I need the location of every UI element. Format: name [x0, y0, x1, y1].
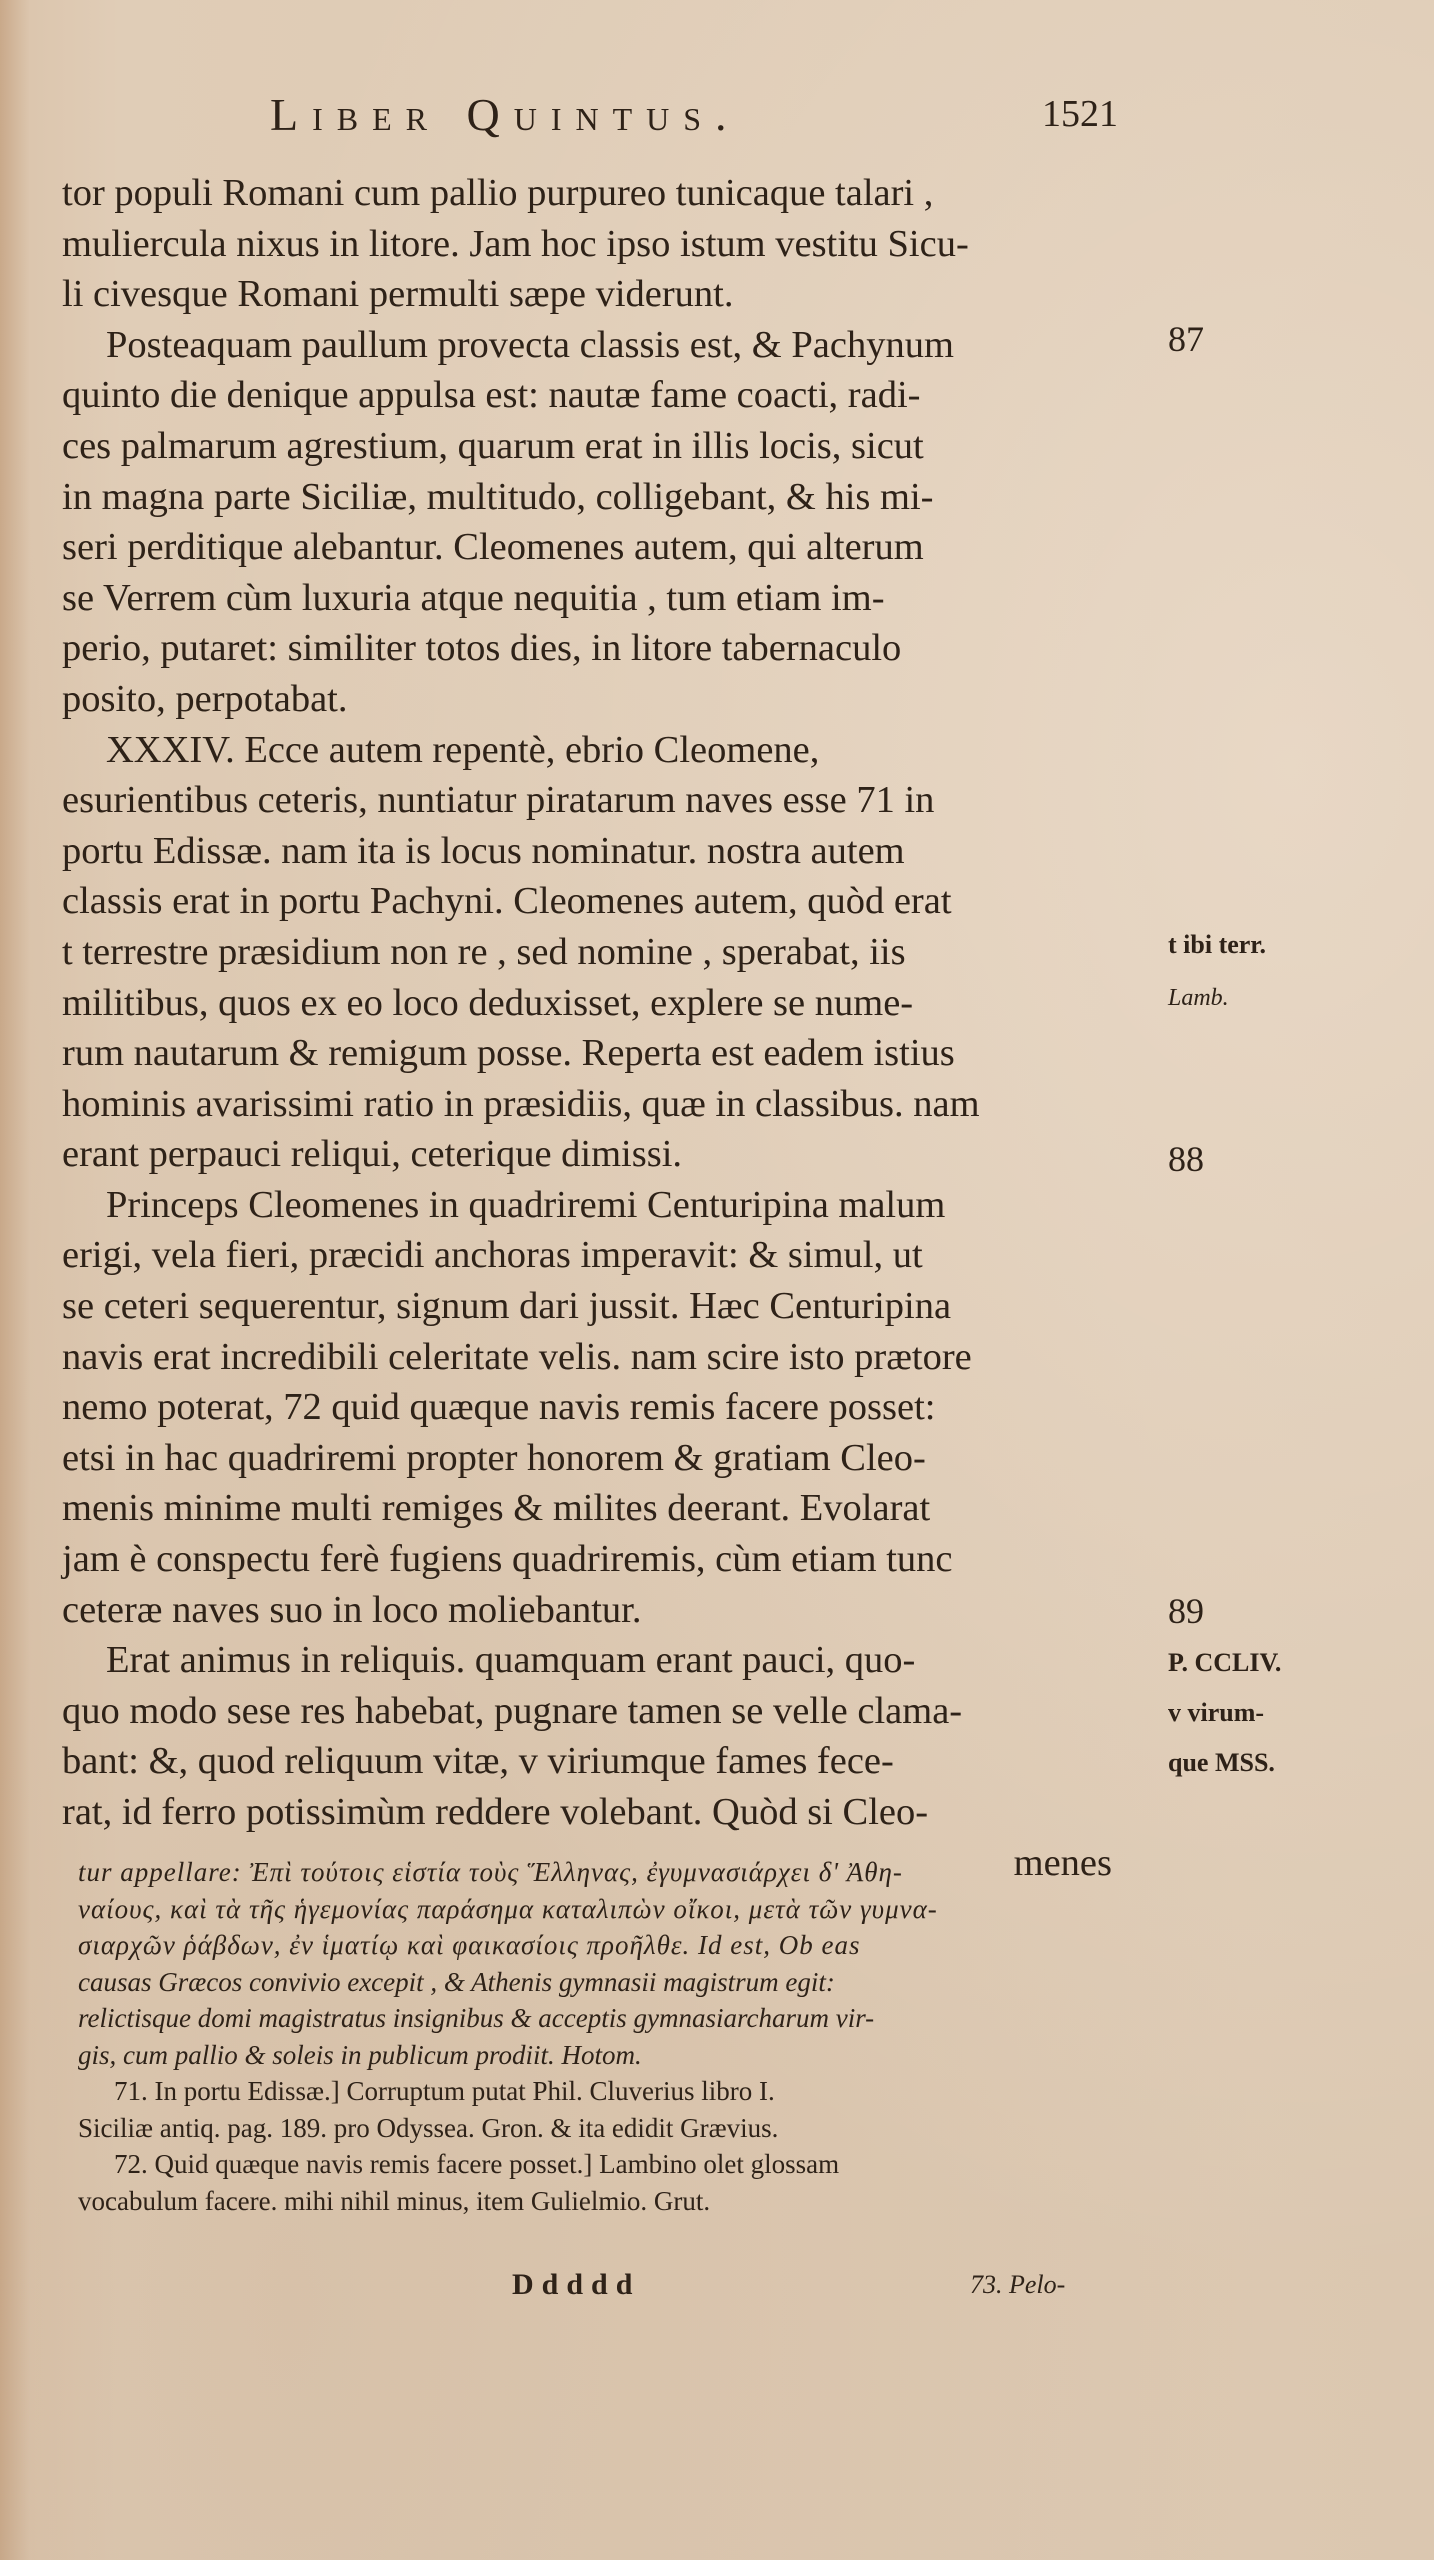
footnote-line: gis, cum pallio & soleis in publicum pro… — [78, 2037, 1158, 2074]
page-number: 1521 — [1042, 92, 1118, 136]
text-line: posito, perpotabat. — [62, 674, 1112, 725]
book-page: Liber Quintus. 1521 tor populi Romani cu… — [0, 0, 1434, 2560]
chapter-start-line: XXXIV. Ecce autem repentè, ebrio Cleomen… — [62, 725, 1112, 776]
text-line: muliercula nixus in litore. Jam hoc ipso… — [62, 219, 1112, 270]
printer-signature-mark: Ddddd — [512, 2268, 640, 2302]
text-line: classis erat in portu Pachyni. Cleomenes… — [62, 876, 1112, 927]
margin-section-number: 88 — [1168, 1138, 1204, 1180]
text-line: navis erat incredibili celeritate velis.… — [62, 1332, 1112, 1383]
running-head: Liber Quintus. — [270, 88, 741, 141]
text-line: perio, putaret: similiter totos dies, in… — [62, 623, 1112, 674]
margin-section-number: 87 — [1168, 318, 1204, 360]
footnote-line: σιαρχῶν ῥάβδων, ἐν ἱματίῳ καὶ φαικασίοις… — [78, 1927, 1158, 1964]
text-line: quo modo sese res habebat, pugnare tamen… — [62, 1686, 1112, 1737]
text-line: rum nautarum & remigum posse. Reperta es… — [62, 1028, 1112, 1079]
margin-page-reference: P. CCLIV. — [1168, 1648, 1281, 1678]
footnote-line: causas Græcos convivio excepit , & Athen… — [78, 1964, 1158, 2001]
text-line: ceteræ naves suo in loco moliebantur. — [62, 1585, 1112, 1636]
text-line: rat, id ferro potissimùm reddere voleban… — [62, 1787, 1112, 1838]
footnote-line: vocabulum facere. mihi nihil minus, item… — [78, 2183, 1158, 2220]
text-line: etsi in hac quadriremi propter honorem &… — [62, 1433, 1112, 1484]
footnote-line: ναίους, καὶ τὰ τῆς ἡγεμονίας παράσημα κα… — [78, 1891, 1158, 1928]
margin-variant-source: Lamb. — [1168, 985, 1229, 1011]
footnote-line: tur appellare: Ἐπὶ τούτοις εἱστία τοὺς Ἕ… — [78, 1854, 1158, 1891]
text-line: portu Edissæ. nam ita is locus nominatur… — [62, 826, 1112, 877]
text-line: seri perditique alebantur. Cleomenes aut… — [62, 522, 1112, 573]
text-line: esurientibus ceteris, nuntiatur pirataru… — [62, 775, 1112, 826]
footnote-71: 71. In portu Edissæ.] Corruptum putat Ph… — [78, 2073, 1158, 2110]
text-line: bant: &, quod reliquum vitæ, v viriumque… — [62, 1736, 1112, 1787]
text-line: quinto die denique appulsa est: nautæ fa… — [62, 370, 1112, 421]
text-line: se Verrem cùm luxuria atque nequitia , t… — [62, 573, 1112, 624]
text-line: Posteaquam paullum provecta classis est,… — [62, 320, 1112, 371]
text-line: erant perpauci reliqui, ceterique dimiss… — [62, 1129, 1112, 1180]
text-line: t terrestre præsidium non re , sed nomin… — [62, 927, 1112, 978]
text-line: Erat animus in reliquis. quamquam erant … — [62, 1635, 1112, 1686]
margin-section-number: 89 — [1168, 1590, 1204, 1632]
footnote-catchword: 73. Pelo- — [970, 2270, 1065, 2300]
text-line: li civesque Romani permulti sæpe viderun… — [62, 269, 1112, 320]
text-line: jam è conspectu ferè fugiens quadriremis… — [62, 1534, 1112, 1585]
footnotes-block: tur appellare: Ἐπὶ τούτοις εἱστία τοὺς Ἕ… — [78, 1854, 1158, 2219]
margin-variant-note: t ibi terr. — [1168, 930, 1266, 960]
main-text-block: tor populi Romani cum pallio purpureo tu… — [62, 168, 1112, 1888]
text-line: se ceteri sequerentur, signum dari jussi… — [62, 1281, 1112, 1332]
text-line: tor populi Romani cum pallio purpureo tu… — [62, 168, 1112, 219]
footnote-72: 72. Quid quæque navis remis facere posse… — [78, 2146, 1158, 2183]
footnote-line: relictisque domi magistratus insignibus … — [78, 2000, 1158, 2037]
text-line: nemo poterat, 72 quid quæque navis remis… — [62, 1382, 1112, 1433]
text-line: menis minime multi remiges & milites dee… — [62, 1483, 1112, 1534]
footnote-line: Siciliæ antiq. pag. 189. pro Odyssea. Gr… — [78, 2110, 1158, 2147]
text-line: ces palmarum agrestium, quarum erat in i… — [62, 421, 1112, 472]
text-line: militibus, quos ex eo loco deduxisset, e… — [62, 978, 1112, 1029]
text-line: hominis avarissimi ratio in præsidiis, q… — [62, 1079, 1112, 1130]
text-line: Princeps Cleomenes in quadriremi Centuri… — [62, 1180, 1112, 1231]
margin-variant-note: que MSS. — [1168, 1748, 1275, 1778]
margin-variant-note: v virum- — [1168, 1698, 1264, 1728]
text-line: erigi, vela fieri, præcidi anchoras impe… — [62, 1230, 1112, 1281]
text-line: in magna parte Siciliæ, multitudo, colli… — [62, 472, 1112, 523]
